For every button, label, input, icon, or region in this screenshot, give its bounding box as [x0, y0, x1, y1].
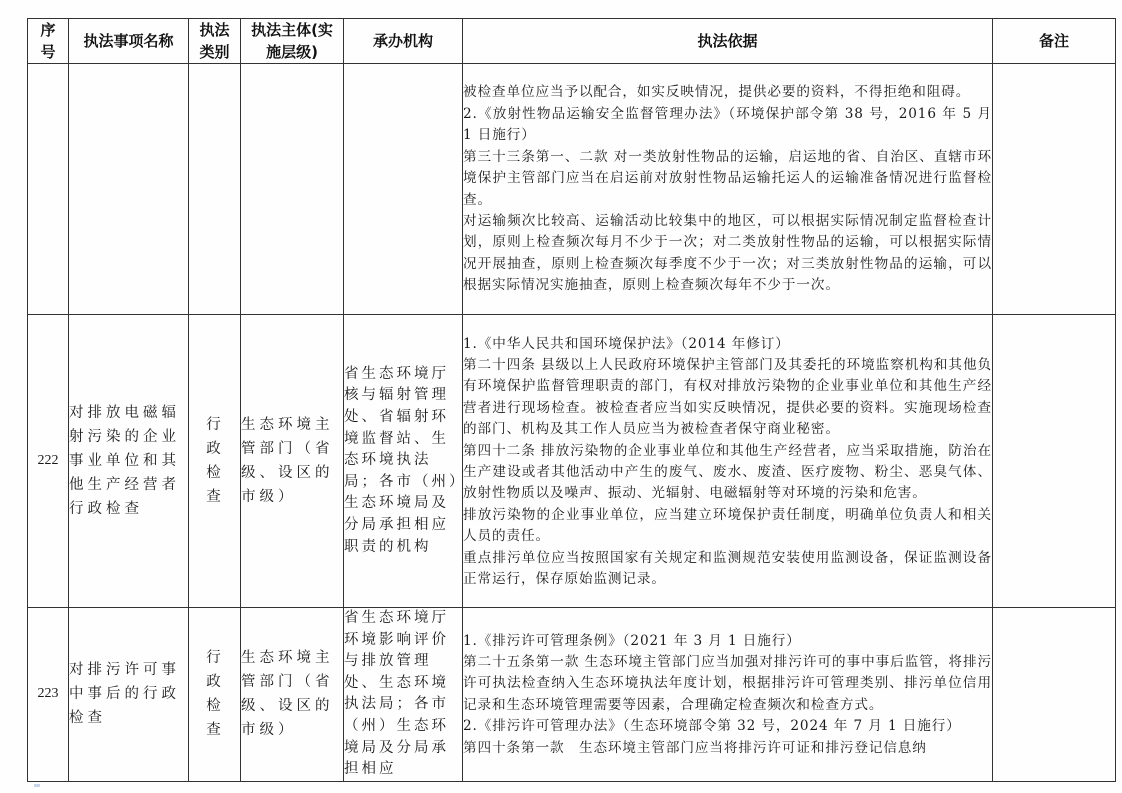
cell-remark — [993, 608, 1116, 782]
basis-paragraph: 1.《排污许可管理条例》（2021 年 3 月 1 日施行） — [463, 631, 992, 652]
cell-name — [69, 64, 189, 315]
basis-paragraph: 第二十五条第一款 生态环境主管部门应当加强对排污许可的事中事后监管，将排污许可执… — [463, 652, 992, 716]
header-org: 承办机构 — [344, 19, 463, 64]
cell-subject: 生态环境主管部门（省级、设区的市级） — [241, 608, 344, 782]
header-type: 执法类别 — [189, 19, 241, 64]
cell-org: 省生态环境厅环境影响评价与排放管理处、生态环境执法局；各市（州）生态环境局及分局… — [344, 608, 463, 782]
table-row: 222 对排放电磁辐射污染的企业事业单位和其他生产经营者行政检查 行政检查 生态… — [28, 315, 1116, 608]
header-name: 执法事项名称 — [69, 19, 189, 64]
basis-paragraph: 被检查单位应当予以配合，如实反映情况，提供必要的资料，不得拒绝和阻碍。 — [463, 82, 992, 103]
basis-paragraph: 第四十条第一款 生态环境主管部门应当将排污许可证和排污登记信息纳 — [463, 738, 992, 759]
cell-seq: 223 — [28, 608, 69, 782]
basis-paragraph: 1.《中华人民共和国环境保护法》（2014 年修订） — [463, 334, 992, 355]
basis-paragraph: 重点排污单位应当按照国家有关规定和监测规范安装使用监测设备，保证监测设备正常运行… — [463, 548, 992, 591]
table-header-row: 序号 执法事项名称 执法类别 执法主体(实施层级) 承办机构 执法依据 备注 — [28, 19, 1116, 64]
basis-paragraph: 第四十二条 排放污染物的企业事业单位和其他生产经营者，应当采取措施，防治在生产建… — [463, 441, 992, 505]
cell-name: 对排放电磁辐射污染的企业事业单位和其他生产经营者行政检查 — [69, 315, 189, 608]
basis-paragraph: 第三十三条第一、二款 对一类放射性物品的运输，启运地的省、自治区、直辖市环境保护… — [463, 147, 992, 211]
header-seq: 序号 — [28, 19, 69, 64]
table-row: 223 对排污许可事中事后的行政检查 行政检查 生态环境主管部门（省级、设区的市… — [28, 608, 1116, 782]
scan-artifact — [34, 784, 40, 787]
cell-type — [189, 64, 241, 315]
cell-basis: 1.《中华人民共和国环境保护法》（2014 年修订） 第二十四条 县级以上人民政… — [463, 315, 993, 608]
basis-paragraph: 2.《放射性物品运输安全监督管理办法》（环境保护部令第 38 号，2016 年 … — [463, 104, 992, 147]
basis-paragraph: 第二十四条 县级以上人民政府环境保护主管部门及其委托的环境监察机构和其他负有环境… — [463, 355, 992, 441]
header-basis: 执法依据 — [463, 19, 993, 64]
cell-org — [344, 64, 463, 315]
basis-paragraph: 排放污染物的企业事业单位，应当建立环境保护责任制度，明确单位负责人和相关人员的责… — [463, 505, 992, 548]
cell-remark — [993, 315, 1116, 608]
header-remark: 备注 — [993, 19, 1116, 64]
cell-seq — [28, 64, 69, 315]
cell-basis: 被检查单位应当予以配合，如实反映情况，提供必要的资料，不得拒绝和阻碍。 2.《放… — [463, 64, 993, 315]
cell-remark — [993, 64, 1116, 315]
table-row: 被检查单位应当予以配合，如实反映情况，提供必要的资料，不得拒绝和阻碍。 2.《放… — [28, 64, 1116, 315]
cell-subject — [241, 64, 344, 315]
cell-org: 省生态环境厅核与辐射管理处、省辐射环境监督站、生态环境执法局；各市（州）生态环境… — [344, 315, 463, 608]
header-subject: 执法主体(实施层级) — [241, 19, 344, 64]
cell-name: 对排污许可事中事后的行政检查 — [69, 608, 189, 782]
basis-paragraph: 2.《排污许可管理办法》（生态环境部令第 32 号，2024 年 7 月 1 日… — [463, 716, 992, 737]
cell-type: 行政检查 — [189, 315, 241, 608]
cell-type: 行政检查 — [189, 608, 241, 782]
cell-subject: 生态环境主管部门（省级、设区的市级） — [241, 315, 344, 608]
enforcement-items-table: 序号 执法事项名称 执法类别 执法主体(实施层级) 承办机构 执法依据 备注 被… — [27, 18, 1116, 782]
basis-paragraph: 对运输频次比较高、运输活动比较集中的地区，可以根据实际情况制定监督检查计划，原则… — [463, 211, 992, 297]
cell-basis: 1.《排污许可管理条例》（2021 年 3 月 1 日施行） 第二十五条第一款 … — [463, 608, 993, 782]
cell-seq: 222 — [28, 315, 69, 608]
